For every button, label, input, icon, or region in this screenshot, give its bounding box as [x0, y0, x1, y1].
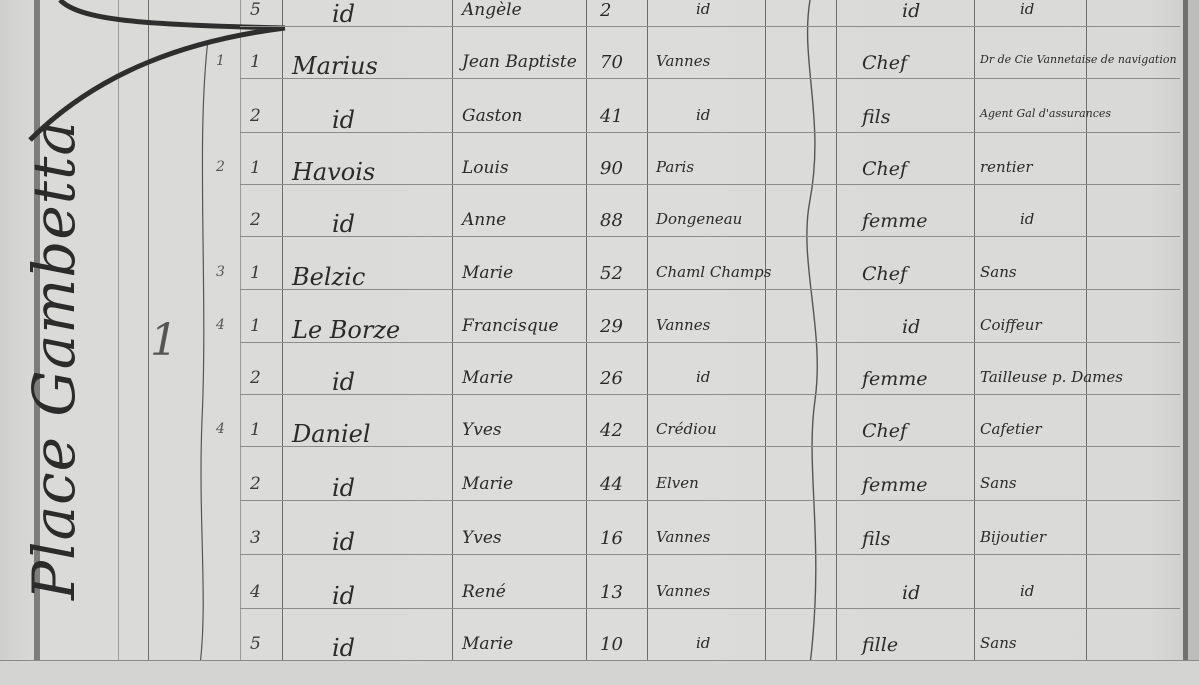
- cell-given: Marie: [462, 370, 513, 387]
- row-rule: [240, 26, 1180, 27]
- cell-given: Louis: [462, 160, 509, 177]
- house-number: 1: [150, 315, 178, 366]
- cell-ind: 3: [250, 530, 261, 547]
- cell-age: 88: [600, 212, 623, 230]
- cell-given: Francisque: [462, 318, 559, 335]
- cell-occupation: Cafetier: [980, 422, 1042, 437]
- row-rule: [240, 394, 1180, 395]
- cell-occupation: rentier: [980, 160, 1033, 175]
- cell-relation: Chef: [862, 54, 907, 73]
- cell-ind: 1: [250, 265, 261, 282]
- cell-ind: 1: [250, 422, 261, 439]
- cell-occupation: Bijoutier: [980, 530, 1046, 545]
- cell-occupation: Agent Gal d'assurances: [980, 108, 1111, 119]
- cell-birthplace: Vannes: [656, 318, 710, 333]
- cell-birthplace: Paris: [656, 160, 694, 175]
- row-rule: [240, 608, 1180, 609]
- cell-household: 1: [216, 54, 225, 68]
- cell-given: René: [462, 584, 506, 601]
- row-rule: [240, 236, 1180, 237]
- cell-age: 2: [600, 2, 611, 20]
- nationality-bracket: [780, 0, 840, 665]
- cell-relation: fille: [862, 636, 898, 655]
- cell-occupation: id: [1020, 212, 1034, 227]
- cell-given: Anne: [462, 212, 506, 229]
- cell-birthplace: Dongeneau: [656, 212, 742, 227]
- cell-ind: 1: [250, 318, 261, 335]
- cell-age: 90: [600, 160, 623, 178]
- cell-birthplace: id: [696, 370, 710, 385]
- cell-surname: id: [332, 2, 355, 26]
- cell-age: 26: [600, 370, 623, 388]
- column-rule: [586, 0, 587, 665]
- cell-surname: id: [332, 108, 355, 132]
- cell-given: Jean Baptiste: [462, 54, 577, 71]
- cell-age: 29: [600, 318, 623, 336]
- cell-household: 4: [216, 318, 225, 332]
- column-rule: [765, 0, 766, 665]
- register-page: Place Gambetta 1 5idAngèle2ididid11Mariu…: [0, 0, 1199, 685]
- cell-given: Yves: [462, 422, 502, 439]
- cell-ind: 4: [250, 584, 261, 601]
- cell-occupation: Sans: [980, 636, 1017, 651]
- cell-age: 10: [600, 636, 623, 654]
- cell-given: Marie: [462, 636, 513, 653]
- cell-ind: 5: [250, 2, 261, 19]
- cell-surname: id: [332, 212, 355, 236]
- cell-relation: fils: [862, 530, 891, 549]
- cell-given: Marie: [462, 265, 513, 282]
- cell-birthplace: Elven: [656, 476, 699, 491]
- cell-occupation: id: [1020, 2, 1034, 17]
- cell-birthplace: Vannes: [656, 584, 710, 599]
- cell-ind: 2: [250, 476, 261, 493]
- cell-surname: Belzic: [292, 265, 365, 289]
- row-rule: [240, 446, 1180, 447]
- cell-household: 3: [216, 265, 225, 279]
- cell-surname: Havois: [292, 160, 375, 184]
- cell-age: 42: [600, 422, 623, 440]
- row-rule: [240, 289, 1180, 290]
- cell-occupation: Sans: [980, 476, 1017, 491]
- cell-age: 13: [600, 584, 623, 602]
- cell-birthplace: id: [696, 2, 710, 17]
- cell-birthplace: Chaml Champs: [656, 265, 771, 280]
- cell-ind: 1: [250, 54, 261, 71]
- cell-relation: Chef: [862, 160, 907, 179]
- cell-household: 2: [216, 160, 225, 174]
- cell-ind: 2: [250, 212, 261, 229]
- cell-age: 52: [600, 265, 623, 283]
- cell-age: 41: [600, 108, 623, 126]
- cell-occupation: id: [1020, 584, 1034, 599]
- row-rule: [240, 132, 1180, 133]
- column-rule: [647, 0, 648, 665]
- cell-given: Marie: [462, 476, 513, 493]
- cell-given: Yves: [462, 530, 502, 547]
- page-edge: [1188, 0, 1199, 685]
- cell-given: Angèle: [462, 2, 522, 19]
- cell-occupation: Tailleuse p. Dames: [980, 370, 1123, 385]
- cell-birthplace: Vannes: [656, 530, 710, 545]
- cell-relation: femme: [862, 370, 928, 389]
- cell-relation: femme: [862, 212, 928, 231]
- cell-birthplace: id: [696, 108, 710, 123]
- cell-birthplace: Crédiou: [656, 422, 717, 437]
- row-rule: [240, 184, 1180, 185]
- cell-surname: id: [332, 370, 355, 394]
- cell-surname: Daniel: [292, 422, 371, 446]
- column-rule: [452, 0, 453, 665]
- cell-surname: Marius: [292, 54, 378, 78]
- cell-occupation: Coiffeur: [980, 318, 1042, 333]
- column-rule: [974, 0, 975, 665]
- page-bottom: [0, 660, 1199, 685]
- cell-relation: id: [902, 584, 920, 603]
- cell-surname: id: [332, 584, 355, 608]
- cell-ind: 2: [250, 108, 261, 125]
- cell-surname: id: [332, 636, 355, 660]
- cell-ind: 5: [250, 636, 261, 653]
- cell-surname: id: [332, 530, 355, 554]
- row-rule: [240, 500, 1180, 501]
- cell-given: Gaston: [462, 108, 522, 125]
- cell-age: 70: [600, 54, 623, 72]
- cell-ind: 2: [250, 370, 261, 387]
- cell-relation: fils: [862, 108, 891, 127]
- column-rule: [1086, 0, 1087, 665]
- row-rule: [240, 78, 1180, 79]
- cell-occupation: Dr de Cie Vannetaise de navigation: [980, 54, 1177, 65]
- cell-ind: 1: [250, 160, 261, 177]
- cell-relation: id: [902, 2, 920, 21]
- cell-relation: id: [902, 318, 920, 337]
- cell-birthplace: id: [696, 636, 710, 651]
- row-rule: [240, 554, 1180, 555]
- cell-birthplace: Vannes: [656, 54, 710, 69]
- cell-age: 16: [600, 530, 623, 548]
- cell-age: 44: [600, 476, 623, 494]
- cell-relation: femme: [862, 476, 928, 495]
- cell-relation: Chef: [862, 265, 907, 284]
- cell-surname: Le Borze: [292, 318, 400, 342]
- cell-occupation: Sans: [980, 265, 1017, 280]
- cell-relation: Chef: [862, 422, 907, 441]
- cell-household: 4: [216, 422, 225, 436]
- cell-surname: id: [332, 476, 355, 500]
- street-name: Place Gambetta: [20, 120, 88, 600]
